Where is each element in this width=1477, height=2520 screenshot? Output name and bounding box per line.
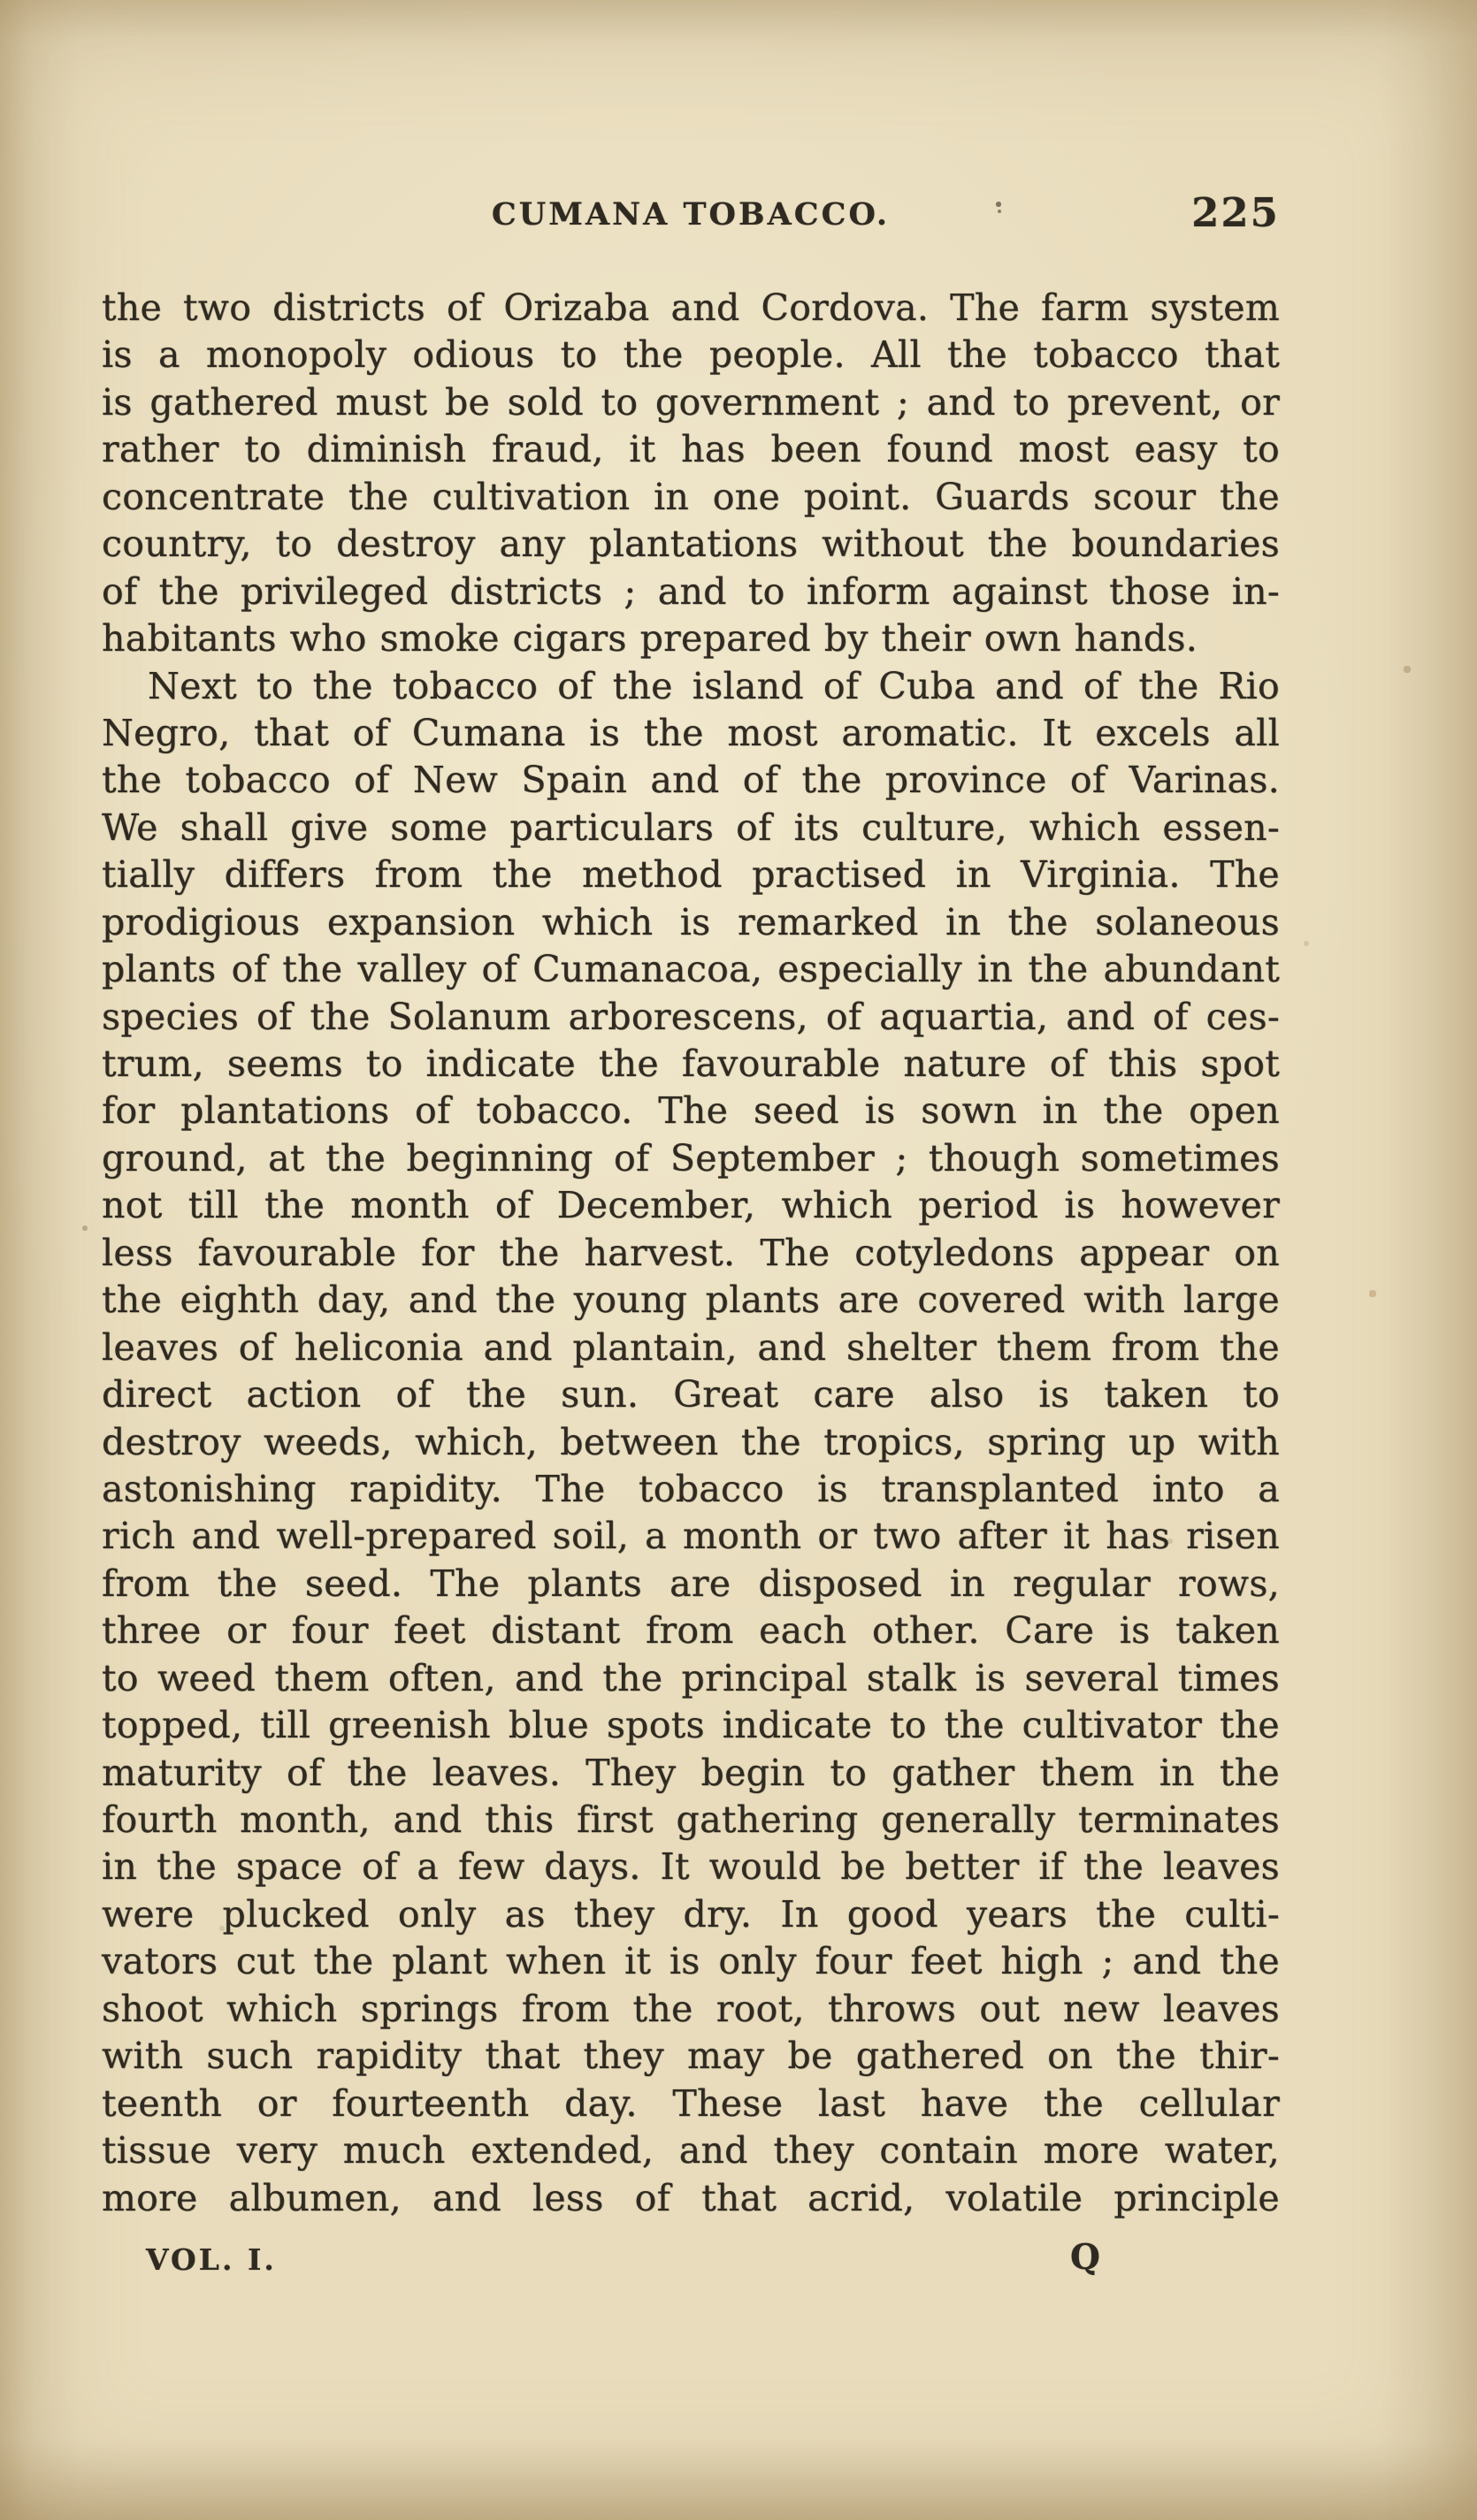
text-line: astonishing rapidity. The tobacco is tra… [102, 1466, 1280, 1513]
text-line: species of the Solanum arborescens, of a… [102, 994, 1280, 1041]
text-line: more albumen, and less of that acrid, vo… [102, 2175, 1280, 2222]
text-line: habitants who smoke cigars prepared by t… [102, 615, 1280, 662]
text-line: the eighth day, and the young plants are… [102, 1277, 1280, 1324]
text-line: from the seed. The plants are disposed i… [102, 1561, 1280, 1607]
body-text: the two districts of Orizaba and Cordova… [102, 285, 1280, 2222]
text-line: three or four feet distant from each oth… [102, 1607, 1280, 1654]
running-header: CUMANA TOBACCO. 225 [102, 189, 1280, 244]
text-line: trum, seems to indicate the favourable n… [102, 1041, 1280, 1088]
page-number: 225 [1191, 189, 1280, 236]
running-header-title: CUMANA TOBACCO. [102, 196, 1280, 233]
text-line: to weed them often, and the principal st… [102, 1655, 1280, 1702]
text-line: were plucked only as they dry. In good y… [102, 1891, 1280, 1938]
text-line: country, to destroy any plantations with… [102, 521, 1280, 568]
page-footer: VOL. I. Q [102, 2234, 1280, 2287]
text-line: less favourable for the harvest. The cot… [102, 1230, 1280, 1277]
text-line: topped, till greenish blue spots indicat… [102, 1702, 1280, 1749]
text-line: not till the month of December, which pe… [102, 1182, 1280, 1229]
book-page: CUMANA TOBACCO. 225 the two districts of… [0, 0, 1477, 2520]
text-line: Next to the tobacco of the island of Cub… [102, 663, 1280, 710]
text-line: plants of the valley of Cumanacoa, espec… [102, 946, 1280, 993]
text-line: fourth month, and this first gathering g… [102, 1797, 1280, 1844]
text-line: tissue very much extended, and they cont… [102, 2127, 1280, 2174]
text-line: tially differs from the method practised… [102, 851, 1280, 898]
paper-specks [0, 0, 2, 2]
volume-label: VOL. I. [146, 2242, 277, 2277]
text-line: rather to diminish fraud, it has been fo… [102, 426, 1280, 473]
text-line: the tobacco of New Spain and of the prov… [102, 757, 1280, 804]
text-line: shoot which springs from the root, throw… [102, 1986, 1280, 2033]
text-line: teenth or fourteenth day. These last hav… [102, 2081, 1280, 2127]
text-line: We shall give some particulars of its cu… [102, 805, 1280, 851]
text-line: the two districts of Orizaba and Cordova… [102, 285, 1280, 332]
text-line: is gathered must be sold to government ;… [102, 379, 1280, 426]
text-line: maturity of the leaves. They begin to ga… [102, 1750, 1280, 1797]
text-line: ground, at the beginning of September ; … [102, 1135, 1280, 1182]
signature-mark: Q [1070, 2237, 1100, 2278]
text-line: direct action of the sun. Great care als… [102, 1371, 1280, 1418]
text-line: prodigious expansion which is remarked i… [102, 899, 1280, 946]
text-line: rich and well-prepared soil, a month or … [102, 1513, 1280, 1560]
text-line: leaves of heliconia and plantain, and sh… [102, 1325, 1280, 1371]
text-line: vators cut the plant when it is only fou… [102, 1938, 1280, 1985]
text-line: Negro, that of Cumana is the most aromat… [102, 710, 1280, 757]
text-line: in the space of a few days. It would be … [102, 1844, 1280, 1890]
text-line: with such rapidity that they may be gath… [102, 2033, 1280, 2080]
text-line: is a monopoly odious to the people. All … [102, 332, 1280, 378]
text-line: concentrate the cultivation in one point… [102, 474, 1280, 521]
text-line: destroy weeds, which, between the tropic… [102, 1419, 1280, 1466]
text-line: of the privileged districts ; and to inf… [102, 569, 1280, 615]
text-line: for plantations of tobacco. The seed is … [102, 1088, 1280, 1134]
